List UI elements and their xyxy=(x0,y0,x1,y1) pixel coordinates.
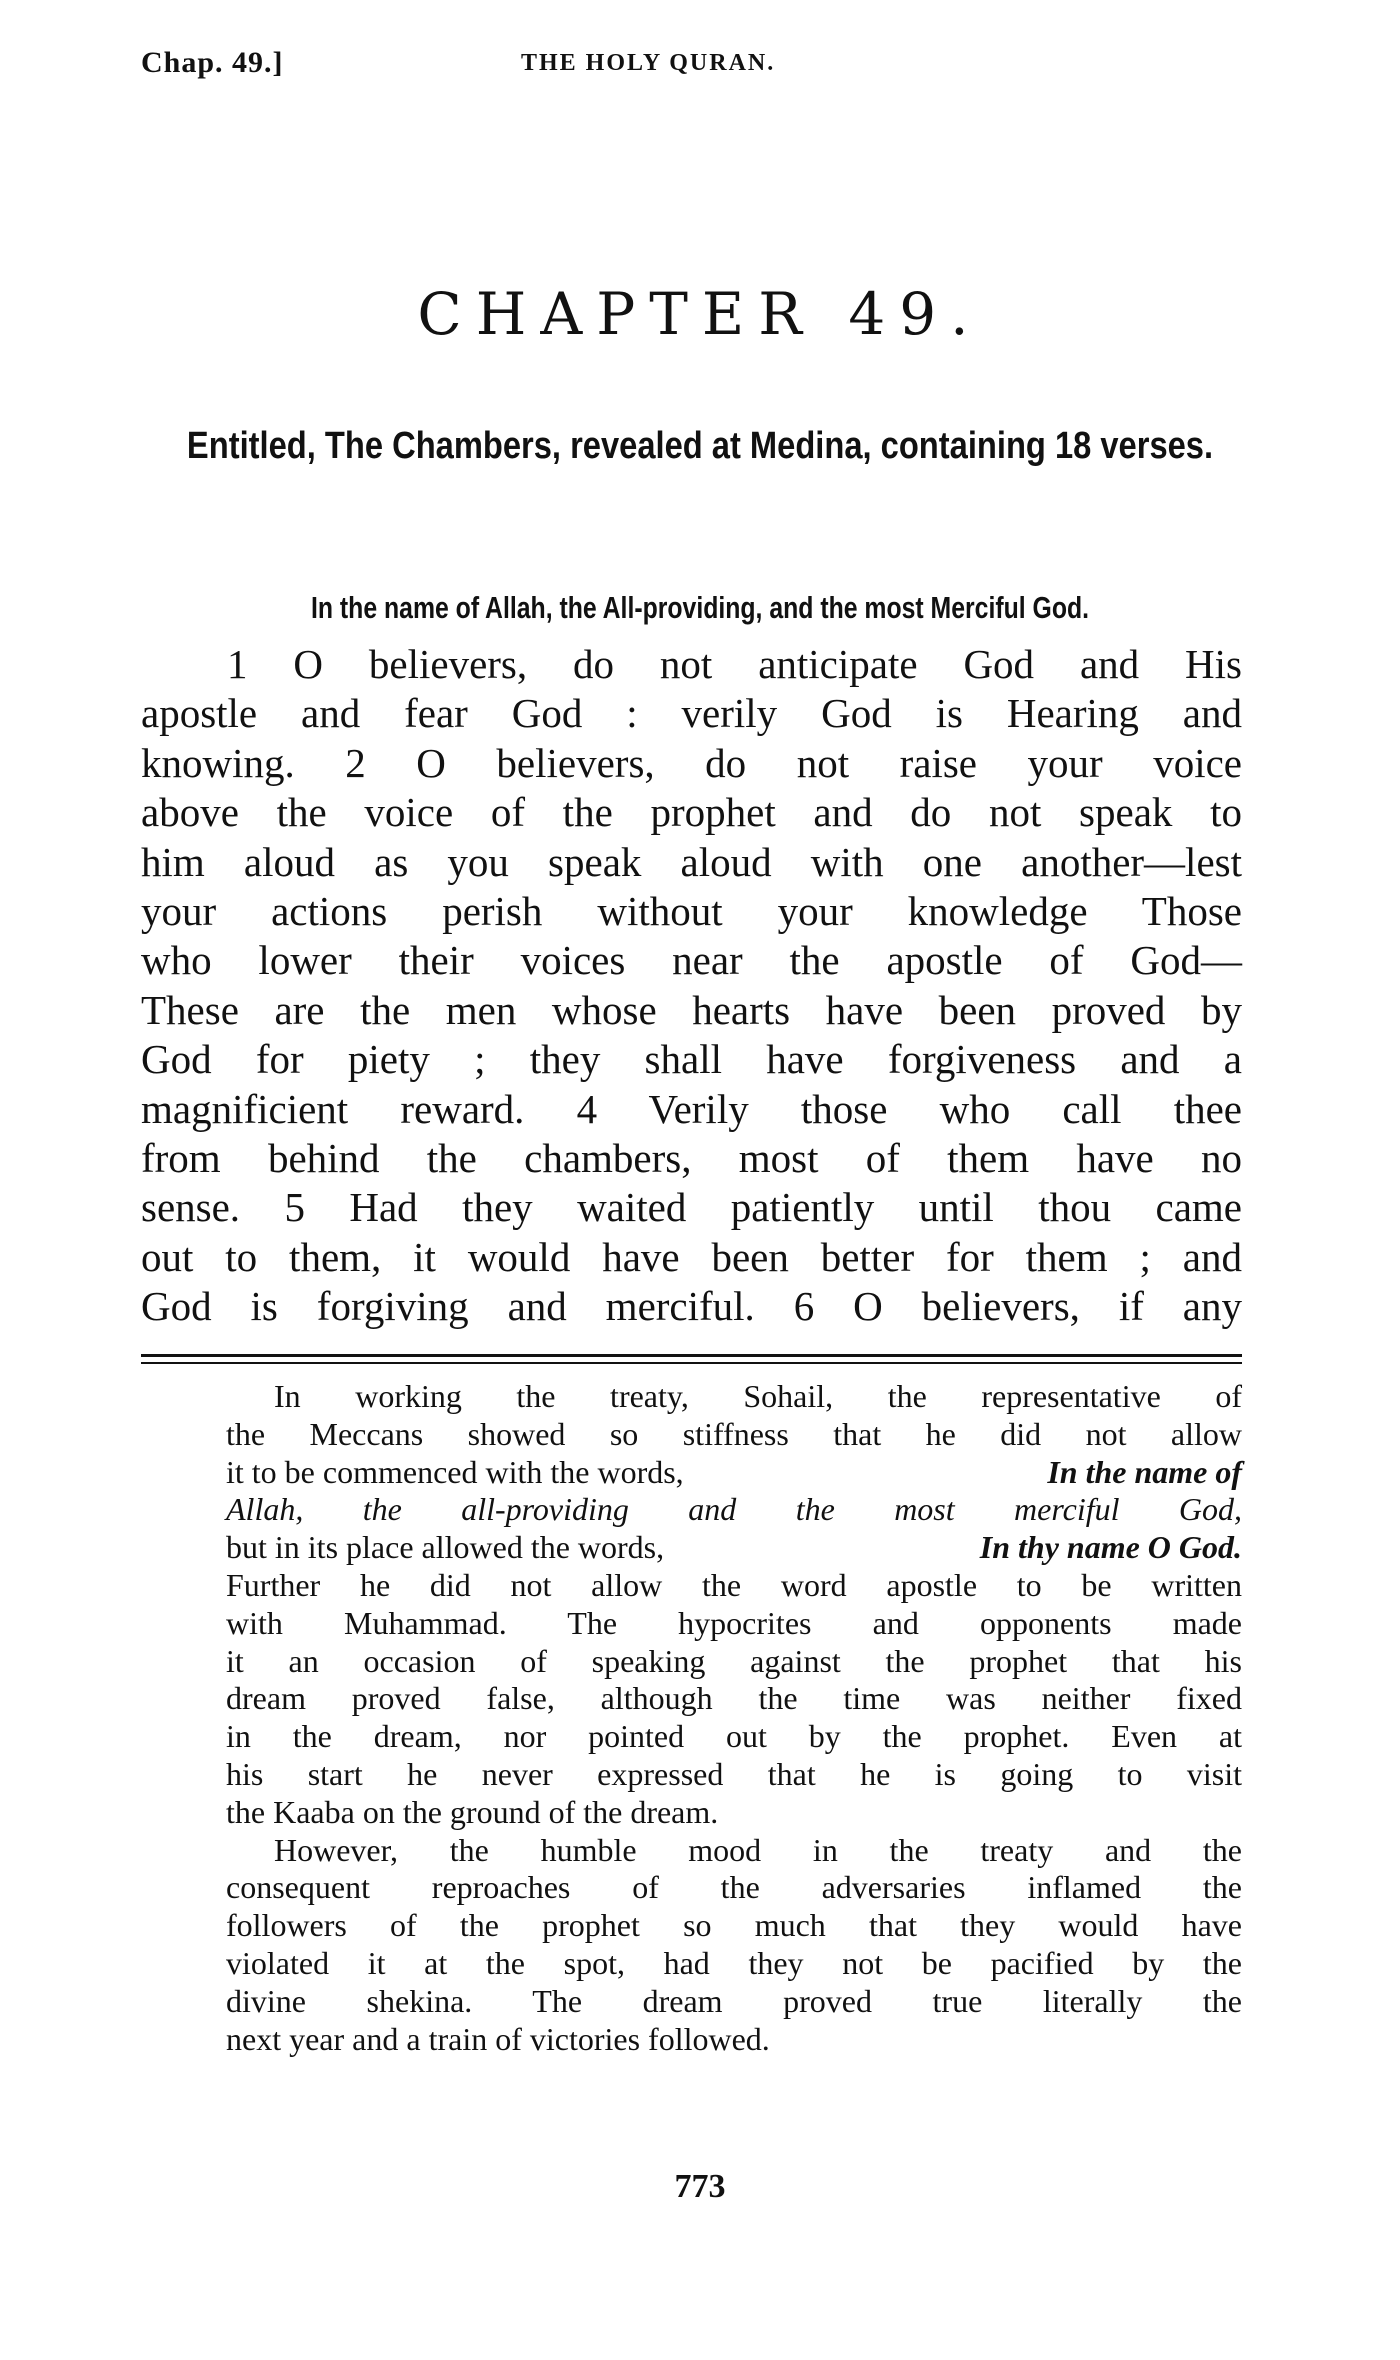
footnote-line: violated it at the spot, had they not be… xyxy=(226,1945,1242,1983)
footnote-line: with Muhammad. The hypocrites and oppone… xyxy=(226,1605,1242,1643)
running-head-title: THE HOLY QURAN. xyxy=(521,50,775,77)
footnote-line: Further he did not allow the word apostl… xyxy=(226,1567,1242,1605)
footnote-line: next year and a train of victories follo… xyxy=(226,2021,1242,2059)
text-line: apostle and fear God : verily God is Hea… xyxy=(141,689,1242,738)
italic-phrase: In the name of xyxy=(1047,1454,1242,1492)
running-head: Chap. 49.] THE HOLY QURAN. xyxy=(141,46,1242,86)
text-line: from behind the chambers, most of them h… xyxy=(141,1134,1242,1183)
footnote-line: but in its place allowed the words, In t… xyxy=(226,1529,1242,1567)
footnote-rule-bottom xyxy=(141,1362,1242,1364)
main-text: 1 O believers, do not anticipate God and… xyxy=(141,640,1242,1331)
text-line: knowing. 2 O believers, do not raise you… xyxy=(141,739,1242,788)
footnote-line: followers of the prophet so much that th… xyxy=(226,1907,1242,1945)
invocation: In the name of Allah, the All-providing,… xyxy=(140,590,1260,626)
footnote: In working the treaty, Sohail, the repre… xyxy=(226,1378,1242,2058)
text-line: your actions perish without your knowled… xyxy=(141,887,1242,936)
text-line: God is forgiving and merciful. 6 O belie… xyxy=(141,1282,1242,1331)
text-line: above the voice of the prophet and do no… xyxy=(141,788,1242,837)
text-line: who lower their voices near the apostle … xyxy=(141,936,1242,985)
text-line: God for piety ; they shall have forgiven… xyxy=(141,1035,1242,1084)
footnote-line: the Meccans showed so stiffness that he … xyxy=(226,1416,1242,1454)
footnote-line: consequent reproaches of the adversaries… xyxy=(226,1869,1242,1907)
footnote-rule-top xyxy=(141,1354,1242,1357)
italic-phrase: In thy name O God. xyxy=(980,1529,1242,1567)
text-line: magnificient reward. 4 Verily those who … xyxy=(141,1085,1242,1134)
text-line: These are the men whose hearts have been… xyxy=(141,986,1242,1035)
running-head-chapter: Chap. 49.] xyxy=(141,46,284,80)
text-line: out to them, it would have been better f… xyxy=(141,1233,1242,1282)
footnote-line: However, the humble mood in the treaty a… xyxy=(226,1832,1242,1870)
footnote-line: it to be commenced with the words, In th… xyxy=(226,1454,1242,1492)
footnote-line: Allah, the all-providing and the most me… xyxy=(226,1491,1242,1529)
footnote-line: the Kaaba on the ground of the dream. xyxy=(226,1794,1242,1832)
footnote-line: in the dream, nor pointed out by the pro… xyxy=(226,1718,1242,1756)
footnote-line: it an occasion of speaking against the p… xyxy=(226,1643,1242,1681)
chapter-subtitle: Entitled, The Chambers, revealed at Medi… xyxy=(98,425,1302,468)
chapter-title: CHAPTER 49. xyxy=(0,280,1400,348)
footnote-line: his start he never expressed that he is … xyxy=(226,1756,1242,1794)
text-line: him aloud as you speak aloud with one an… xyxy=(141,838,1242,887)
footnote-line: divine shekina. The dream proved true li… xyxy=(226,1983,1242,2021)
page-number: 773 xyxy=(0,2168,1400,2206)
footnote-line: dream proved false, although the time wa… xyxy=(226,1680,1242,1718)
text-line: 1 O believers, do not anticipate God and… xyxy=(141,640,1242,689)
footnote-line: In working the treaty, Sohail, the repre… xyxy=(226,1378,1242,1416)
text-line: sense. 5 Had they waited patiently until… xyxy=(141,1183,1242,1232)
